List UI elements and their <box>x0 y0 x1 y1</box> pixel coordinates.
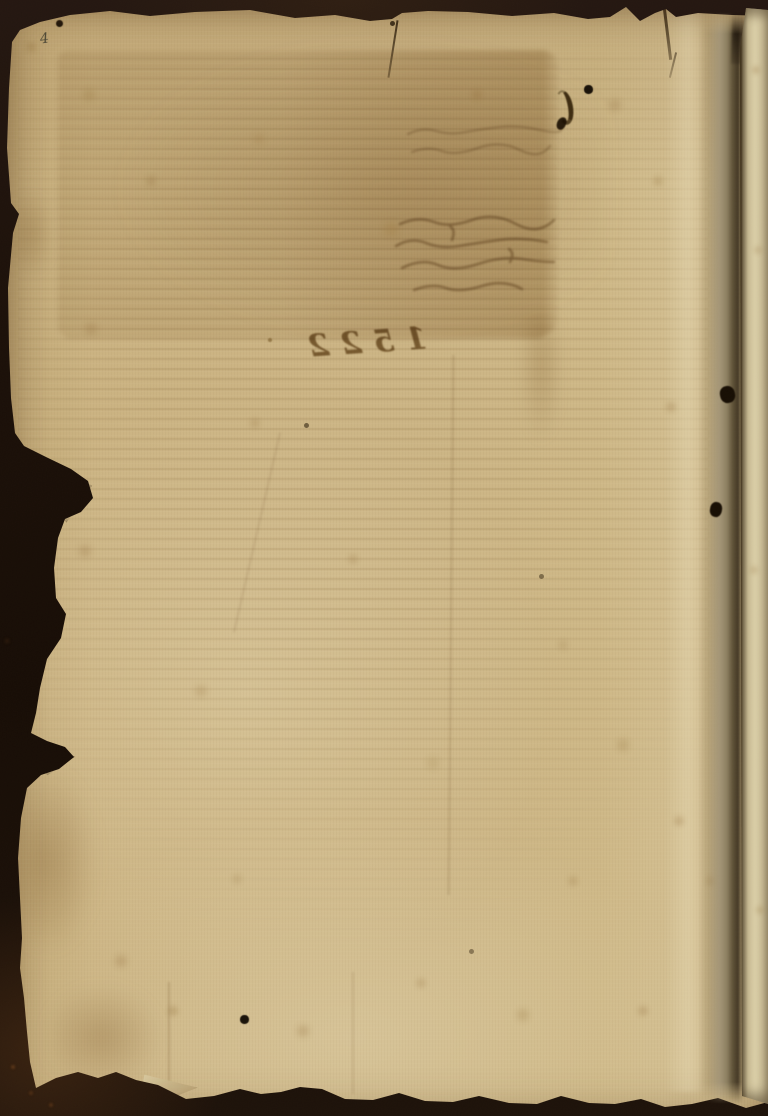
page-vignette <box>0 0 768 1116</box>
adjacent-page-edge <box>740 8 768 1104</box>
binding-gutter-fold <box>698 12 746 1104</box>
gutter-notch-lower <box>709 501 723 518</box>
binding-debris-specks <box>0 0 2 2</box>
manuscript-page: 4 1522 <box>0 0 768 1116</box>
manuscript-photo: 4 1522 <box>0 0 768 1116</box>
gutter-notch-upper <box>718 385 736 405</box>
